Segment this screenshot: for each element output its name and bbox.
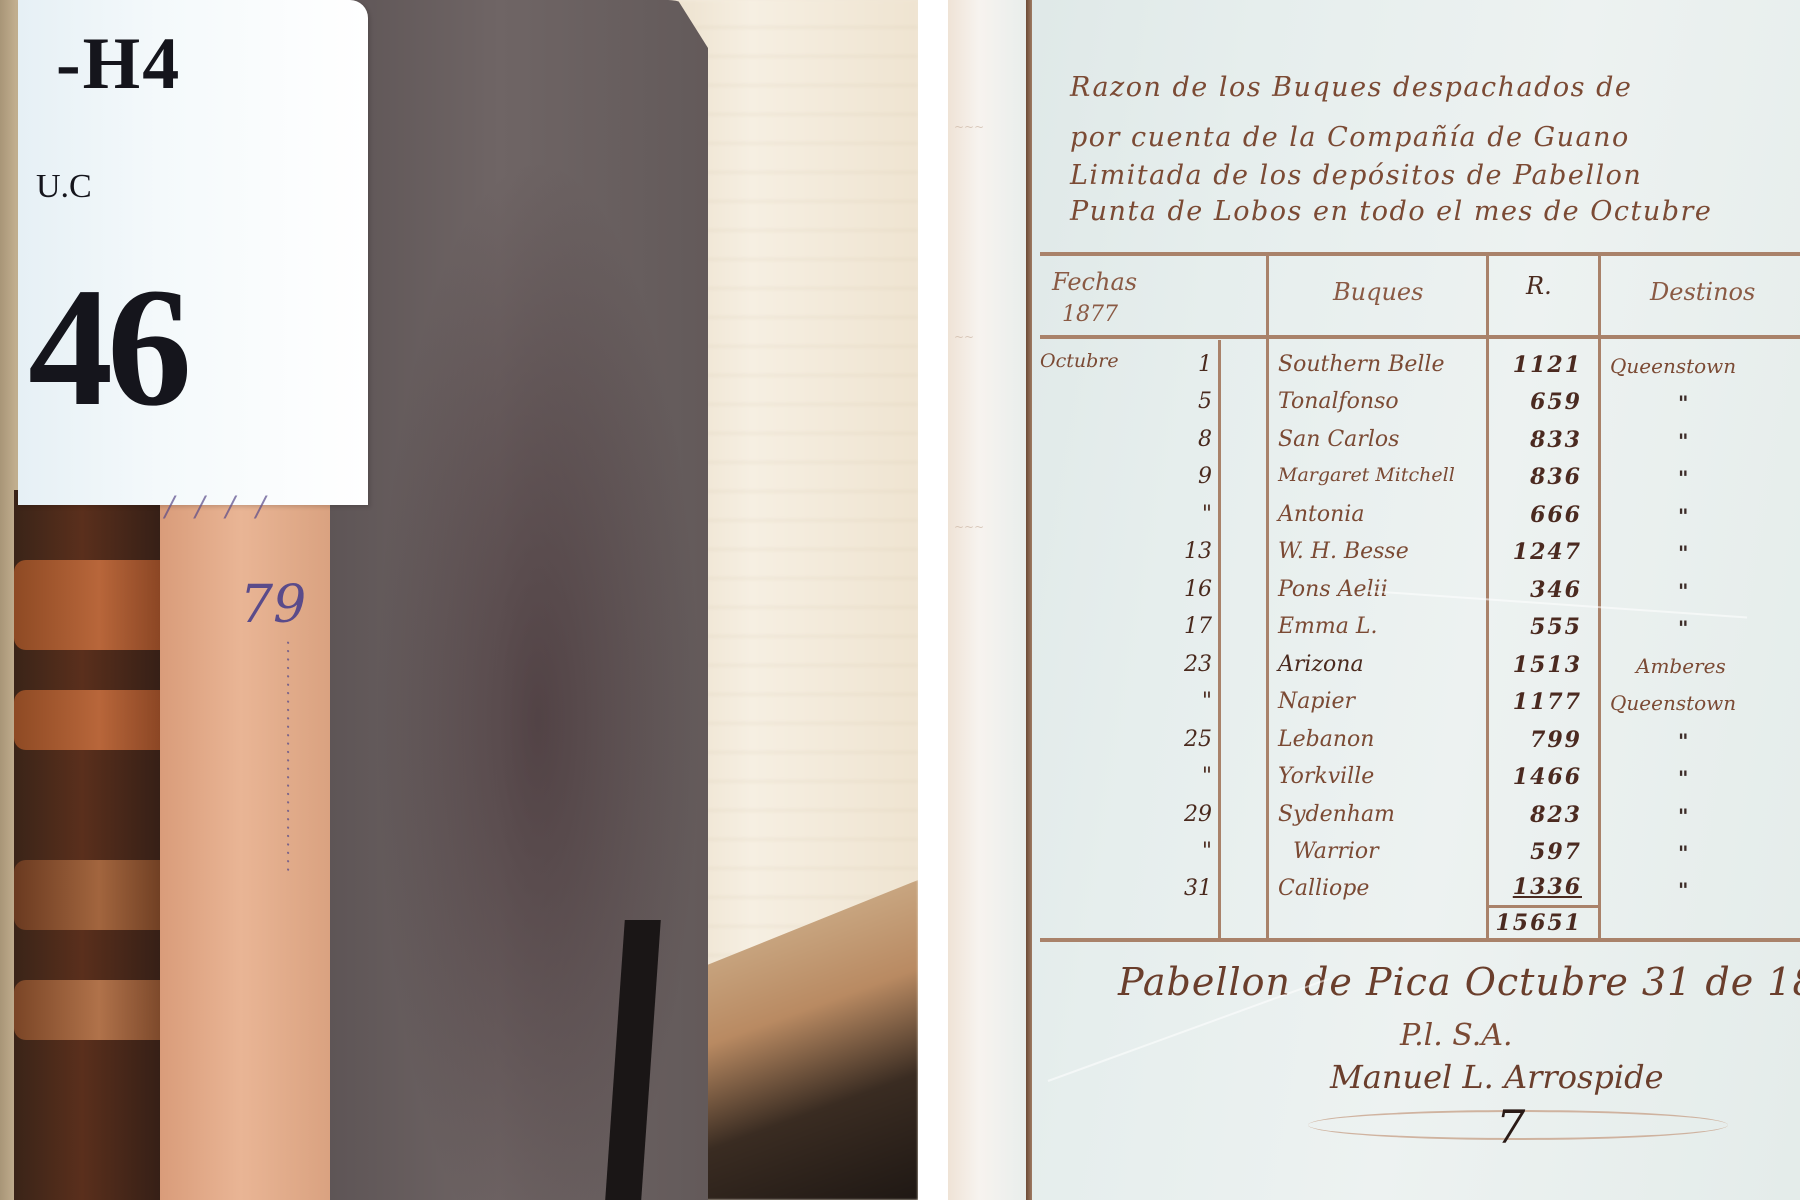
row-destination: " [1678, 504, 1688, 528]
row-day: 17 [1176, 614, 1212, 639]
header-destination: Destinos [1650, 278, 1755, 306]
row-day: 1 [1176, 352, 1212, 377]
row-tons: 1466 [1490, 764, 1582, 790]
row-tons: 555 [1490, 614, 1582, 640]
row-destination: " [1678, 878, 1688, 902]
row-destination: " [1678, 841, 1688, 865]
page-gutter [1026, 0, 1032, 1200]
row-day: " [1176, 839, 1212, 864]
spine-band [14, 560, 184, 650]
row-destination: " [1678, 804, 1688, 828]
row-day: " [1176, 689, 1212, 714]
signature-name: Manuel L. Arrospide [1330, 1058, 1664, 1096]
row-day: 31 [1176, 876, 1212, 901]
row-day: 9 [1176, 464, 1212, 489]
row-destination: " [1678, 429, 1688, 453]
label-number: 46 [28, 250, 186, 445]
row-tons: 823 [1490, 802, 1582, 828]
signature-mark: 7 [1496, 1100, 1525, 1154]
row-vessel: Margaret Mitchell [1278, 464, 1455, 486]
spine-band [14, 980, 184, 1040]
ledger-title-line: por cuenta de la Compañía de Guano [1070, 122, 1630, 153]
row-vessel: Napier [1278, 689, 1355, 714]
ledger-title-line: Limitada de los depósitos de Pabellon [1070, 160, 1642, 191]
row-destination: " [1678, 541, 1688, 565]
header-vessel: Buques [1333, 278, 1423, 306]
pencil-vertical-text: ............................ [282, 640, 302, 875]
header-date: Fechas [1052, 268, 1137, 296]
row-tons: 597 [1490, 839, 1582, 865]
signature-line-1: P.l. S.A. [1400, 1018, 1513, 1053]
row-day: 25 [1176, 727, 1212, 752]
row-day: 13 [1176, 539, 1212, 564]
panel-divider [918, 0, 948, 1200]
ledger-title-line: Punta de Lobos en todo el mes de Octubre [1070, 196, 1712, 227]
row-day: 16 [1176, 577, 1212, 602]
row-vessel: Arizona [1278, 652, 1364, 677]
row-day: " [1176, 502, 1212, 527]
table-rule-bottom [1040, 938, 1800, 942]
total-rule [1488, 905, 1598, 908]
row-tons: 833 [1490, 427, 1582, 453]
row-vessel: Southern Belle [1278, 352, 1444, 377]
row-tons: 1513 [1490, 652, 1582, 678]
spine-band [14, 690, 184, 750]
label-code: -H4 [56, 22, 181, 107]
table-rule-vessel [1266, 255, 1269, 938]
ledger-title-line: Razon de los Buques despachados de [1070, 72, 1632, 103]
facing-page-bleed: ~~~ [954, 120, 984, 134]
header-year: 1877 [1062, 302, 1118, 327]
row-destination: " [1678, 579, 1688, 603]
row-tons: 836 [1490, 464, 1582, 490]
row-destination: Amberes [1636, 654, 1726, 678]
row-tons: 666 [1490, 502, 1582, 528]
row-vessel: Calliope [1278, 876, 1369, 901]
row-vessel: Lebanon [1278, 727, 1374, 752]
facing-page-bleed: ~~~ [954, 520, 984, 534]
row-day: 5 [1176, 389, 1212, 414]
row-vessel: Emma L. [1278, 614, 1378, 639]
row-vessel: San Carlos [1278, 427, 1399, 452]
table-rule-dest [1598, 255, 1601, 938]
row-tons: 1177 [1490, 689, 1582, 715]
facing-page: ~~~ ~~ ~~~ [948, 0, 1026, 1200]
month-label: Octubre [1040, 350, 1119, 372]
row-vessel: W. H. Besse [1278, 539, 1409, 564]
header-tons: R. [1526, 272, 1552, 300]
pencil-marks: / / / / [165, 490, 271, 523]
table-rule-top [1040, 252, 1800, 256]
row-tons: 1247 [1490, 539, 1582, 565]
row-destination: " [1678, 616, 1688, 640]
row-day: 23 [1176, 652, 1212, 677]
row-destination: Queenstown [1610, 691, 1736, 715]
row-vessel: Warrior [1293, 839, 1379, 864]
label-collection: U.C [36, 168, 92, 206]
row-vessel: Yorkville [1278, 764, 1374, 789]
pencil-number: 79 [240, 575, 306, 635]
facing-page-bleed: ~~ [954, 330, 974, 344]
book-spine-photo: -H4 U.C 46 / / / / 79 ..................… [0, 0, 918, 1200]
place-date: Pabellon de Pica Octubre 31 de 1877 [1118, 960, 1800, 1004]
total-tons: 15651 [1490, 910, 1582, 936]
row-day: 8 [1176, 427, 1212, 452]
row-day: " [1176, 764, 1212, 789]
table-rule-day [1218, 340, 1221, 938]
row-destination: " [1678, 729, 1688, 753]
table-rule-header [1040, 335, 1800, 339]
row-tons: 1121 [1490, 352, 1582, 378]
row-tons: 1336 [1490, 874, 1582, 900]
row-vessel: Antonia [1278, 502, 1364, 527]
row-destination: Queenstown [1610, 354, 1736, 378]
row-day: 29 [1176, 802, 1212, 827]
row-tons: 659 [1490, 389, 1582, 415]
row-destination: " [1678, 466, 1688, 490]
row-destination: " [1678, 391, 1688, 415]
row-tons: 799 [1490, 727, 1582, 753]
ledger-page-photo: ~~~ ~~ ~~~ Razon de los Buques despachad… [948, 0, 1800, 1200]
spine-band [14, 860, 184, 930]
row-vessel: Sydenham [1278, 802, 1395, 827]
row-vessel: Tonalfonso [1278, 389, 1399, 414]
catalogue-label: -H4 U.C 46 [18, 0, 368, 505]
row-destination: " [1678, 766, 1688, 790]
table-rule-tons [1486, 255, 1489, 938]
